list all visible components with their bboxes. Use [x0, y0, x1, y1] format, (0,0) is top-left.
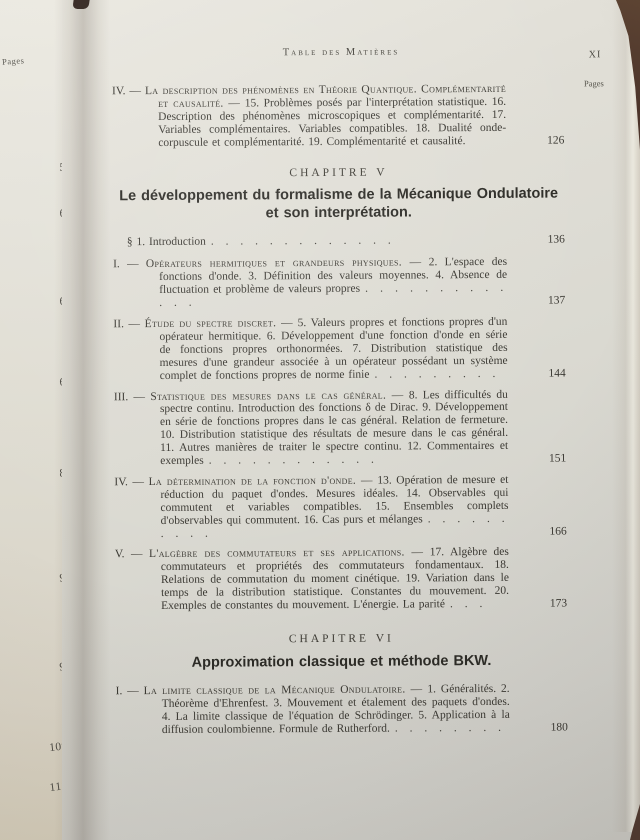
chapter-5-title: Le développement du formalisme de la Méc…	[113, 185, 565, 224]
toc-entry: IV. — La détermination de la fonction d'…	[114, 473, 566, 540]
chapter-5-title-line1: Le développement du formalisme de la Méc…	[119, 186, 558, 205]
dot-leader: . . .	[450, 598, 486, 610]
entry-heading: Statistique des mesures dans le cas géné…	[150, 389, 403, 403]
entry-page-number: 180	[551, 721, 568, 734]
entry-numeral: I. —	[113, 258, 139, 270]
entry-page-number: 144	[548, 367, 565, 380]
entry-numeral: I. —	[116, 685, 139, 697]
page-content: Table des Matières XI Pages IV. — La des…	[0, 0, 640, 840]
entry-heading: L'algèbre des commutateurs et ses applic…	[149, 547, 423, 561]
entry-page-number: 151	[549, 453, 566, 466]
chapter-5-title-line2: et son interprétation.	[266, 205, 412, 222]
entry-page-number: 136	[548, 234, 565, 247]
entry-numeral: II. —	[113, 318, 140, 330]
dot-leader: . . . . . . . . . . . . .	[211, 235, 395, 248]
toc-entry: IV. — La description des phénomènes en T…	[112, 83, 564, 150]
entry-numeral: III. —	[114, 391, 145, 403]
entry-page-number: 173	[550, 598, 567, 611]
chapter-6-label: CHAPITRE VI	[115, 631, 567, 647]
entry-page-number: 137	[548, 295, 565, 308]
toc-entry: II. — Étude du spectre discret. — 5. Val…	[113, 315, 565, 382]
toc-entry: I. — La limite classique de la Mécanique…	[116, 682, 568, 736]
toc-entry: III. — Statistique des mesures dans le c…	[114, 388, 566, 468]
dot-leader: . . . . . . . . .	[374, 367, 499, 380]
dot-leader: . . . . . . . .	[395, 722, 505, 735]
entry-numeral: IV. —	[114, 476, 144, 488]
entry-heading: La limite classique de la Mécanique Ondu…	[144, 683, 423, 697]
entry-page-number: 126	[547, 134, 564, 147]
pages-column-label: Pages	[584, 78, 604, 88]
running-head-title: Table des Matières	[283, 47, 400, 59]
folio-page-number: XI	[589, 49, 602, 60]
entry-heading: La détermination de la fonction d'onde. …	[149, 475, 373, 488]
dot-leader: . . . . . . . . . . . .	[209, 454, 378, 467]
toc-entry: I. — Opérateurs hermitiques et grandeurs…	[113, 256, 565, 310]
table-of-contents: IV. — La description des phénomènes en T…	[112, 83, 568, 745]
entry-numeral: V. —	[115, 549, 143, 561]
entry-numeral: IV. —	[112, 85, 141, 97]
entry-heading: Opérateurs hermitiques et grandeurs phys…	[146, 257, 422, 271]
chapter-5-label: CHAPITRE V	[112, 165, 564, 181]
chapter-6-title: Approximation classique et méthode BKW.	[115, 651, 567, 672]
toc-entry: V. — L'algèbre des commutateurs et ses a…	[115, 546, 567, 613]
entry-text: § 1. Introduction	[127, 236, 206, 248]
entry-page-number: 166	[549, 525, 566, 538]
book-photo: Pages 50 60 65 66 83 97 98 109 118 Table…	[0, 0, 640, 840]
entry-heading: Étude du spectre discret. —	[145, 317, 293, 330]
toc-entry-introduction: § 1. Introduction. . . . . . . . . . . .…	[113, 234, 565, 250]
